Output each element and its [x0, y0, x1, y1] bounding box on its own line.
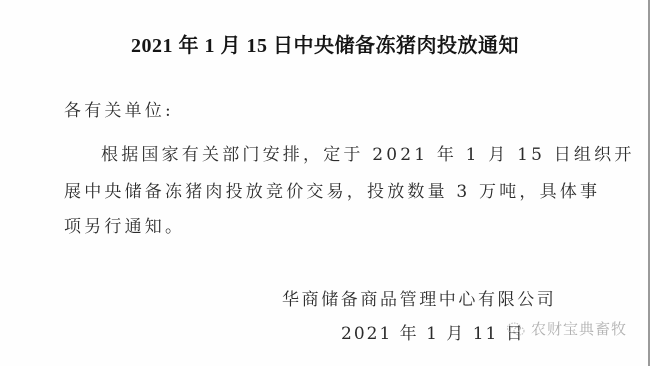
salutation: 各有关单位: [64, 96, 174, 121]
body-line-3: 项另行通知。 [64, 212, 185, 237]
document-title: 2021 年 1 月 15 日中央储备冻猪肉投放通知 [0, 29, 650, 58]
body-line-1: 根据国家有关部门安排，定于 2021 年 1 月 15 日组织开 [101, 140, 635, 165]
notice-document: 2021 年 1 月 15 日中央储备冻猪肉投放通知 各有关单位: 根据国家有关… [0, 0, 650, 366]
watermark-text: 农财宝典畜牧 [531, 318, 627, 339]
wechat-icon [506, 321, 526, 337]
signature-date: 2021 年 1 月 11 日 [341, 319, 525, 344]
signature-organization: 华商储备商品管理中心有限公司 [282, 285, 556, 310]
watermark: 农财宝典畜牧 [506, 318, 627, 339]
body-line-2: 展中央储备冻猪肉投放竞价交易，投放数量 3 万吨，具体事 [64, 177, 600, 202]
